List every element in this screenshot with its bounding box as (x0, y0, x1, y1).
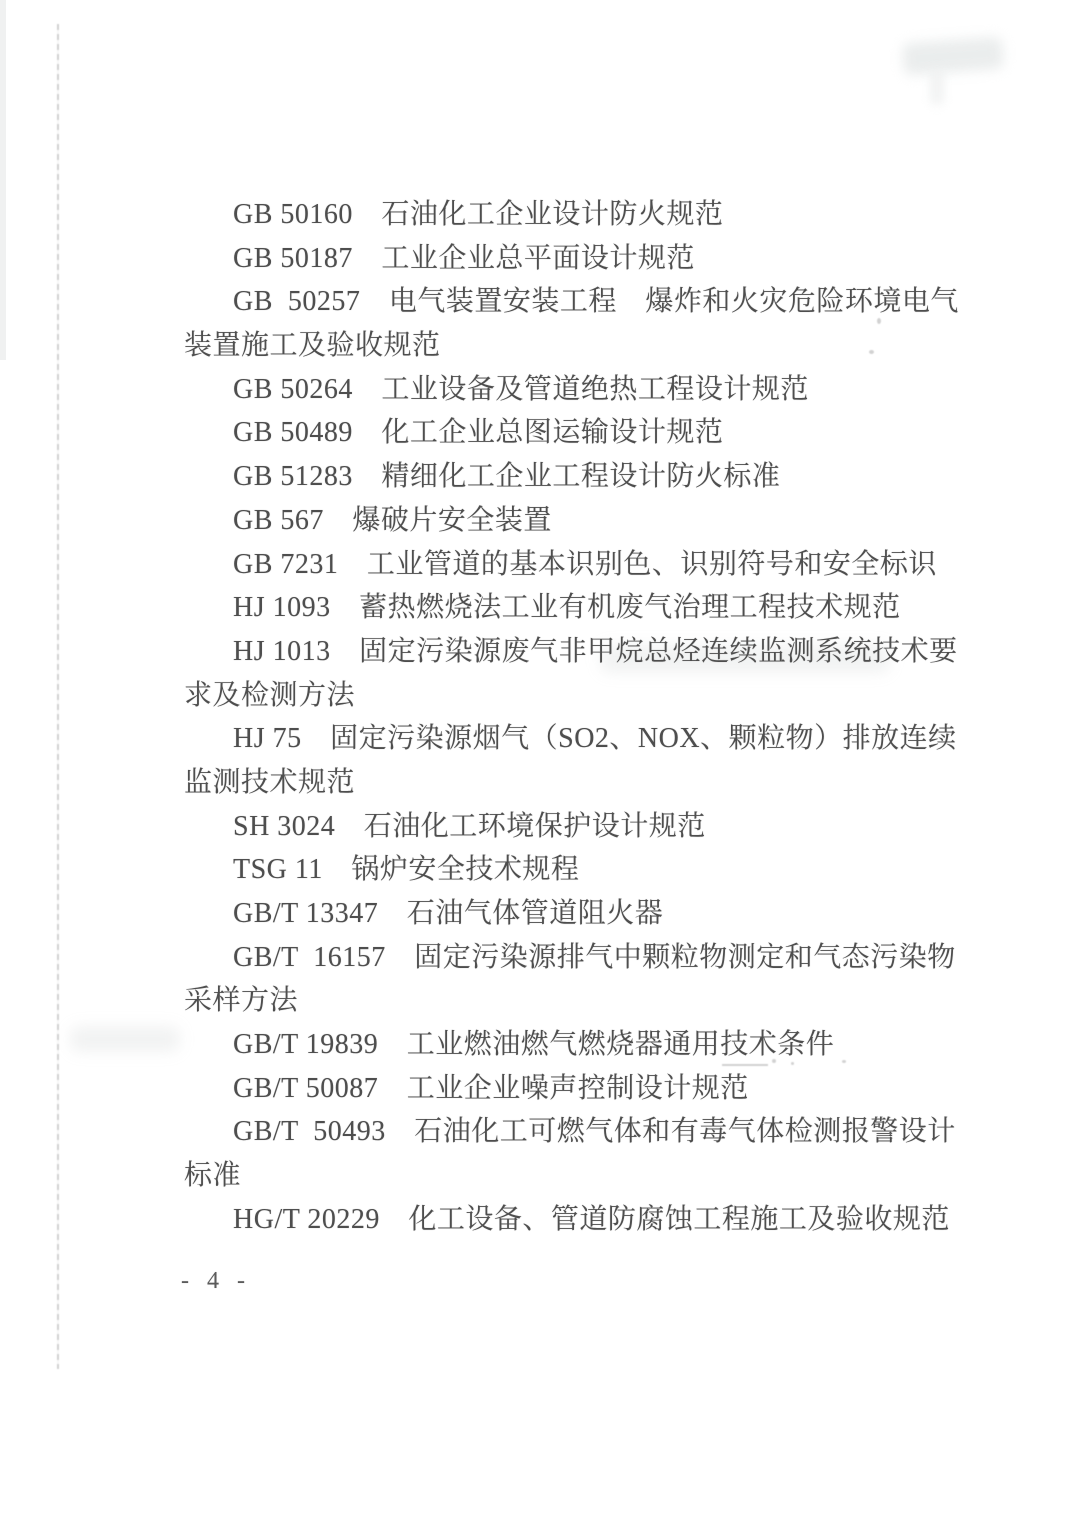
reference-line: GB 50264 工业设备及管道绝热工程设计规范 (184, 368, 924, 412)
reference-line: HJ 1013 固定污染源废气非甲烷总烃连续监测系统技术要 (184, 630, 924, 674)
scan-edge-shadow (0, 0, 6, 360)
document-page: GB 50160 石油化工企业设计防火规范GB 50187 工业企业总平面设计规… (0, 0, 1080, 1527)
reference-line: 监测技术规范 (184, 761, 924, 805)
reference-line: 采样方法 (184, 979, 924, 1023)
reference-line: GB 50257 电气装置安装工程 爆炸和火灾危险环境电气 (184, 280, 924, 324)
reference-line: HG/T 20229 化工设备、管道防腐蚀工程施工及验收规范 (184, 1198, 924, 1242)
reference-line: HJ 75 固定污染源烟气（SO2、NOX、颗粒物）排放连续 (184, 717, 924, 761)
standards-reference-list: GB 50160 石油化工企业设计防火规范GB 50187 工业企业总平面设计规… (184, 193, 924, 1242)
reference-line: 标准 (184, 1154, 924, 1198)
reference-line: GB 50160 石油化工企业设计防火规范 (184, 193, 924, 237)
scan-smudge-artifact (902, 37, 1004, 76)
reference-line: GB 50489 化工企业总图运输设计规范 (184, 411, 924, 455)
scan-speck (772, 1059, 776, 1063)
reference-line: GB 51283 精细化工企业工程设计防火标准 (184, 455, 924, 499)
reference-line: GB/T 50493 石油化工可燃气体和有毒气体检测报警设计 (184, 1110, 924, 1154)
scan-speck (877, 318, 881, 324)
reference-line: SH 3024 石油化工环境保护设计规范 (184, 805, 924, 849)
reference-line: HJ 1093 蓄热燃烧法工业有机废气治理工程技术规范 (184, 586, 924, 630)
reference-line: GB/T 19839 工业燃油燃气燃烧器通用技术条件 (184, 1023, 924, 1067)
reference-line: GB 567 爆破片安全装置 (184, 499, 924, 543)
reference-line: TSG 11 锅炉安全技术规程 (184, 848, 924, 892)
page-number: - 4 - (181, 1268, 251, 1295)
scan-smear-line (722, 1064, 768, 1066)
binding-fold-line (57, 24, 59, 1369)
scan-speck (791, 1062, 794, 1065)
reference-line: 求及检测方法 (184, 674, 924, 718)
reference-line: GB/T 16157 固定污染源排气中颗粒物测定和气态污染物 (184, 936, 924, 980)
reference-line: 装置施工及验收规范 (184, 324, 924, 368)
scan-speck (842, 1060, 846, 1063)
reference-line: GB/T 50087 工业企业噪声控制设计规范 (184, 1067, 924, 1111)
reference-line: GB/T 13347 石油气体管道阻火器 (184, 892, 924, 936)
ink-bleed-haze (70, 1026, 180, 1052)
scan-smudge-tail-artifact (930, 70, 944, 104)
reference-line: GB 50187 工业企业总平面设计规范 (184, 237, 924, 281)
reference-line: GB 7231 工业管道的基本识别色、识别符号和安全标识 (184, 543, 924, 587)
scan-speck (869, 350, 874, 354)
